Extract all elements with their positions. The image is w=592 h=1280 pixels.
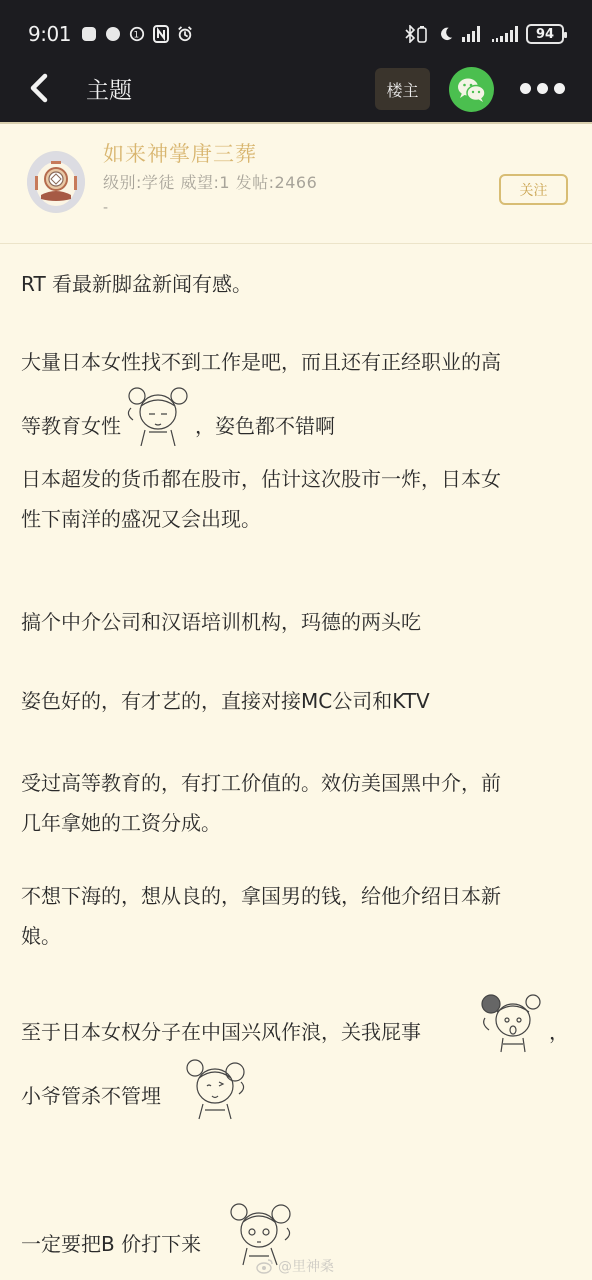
post-paragraph: 小爷管杀不管埋 <box>21 1056 577 1118</box>
status-time: 9:01 <box>28 22 71 46</box>
post-paragraph: 至于日本女权分子在中国兴风作浪，关我屁事 ， <box>21 992 577 1054</box>
weibo-icon <box>256 1258 274 1274</box>
status-icons-left: 1 <box>81 26 193 42</box>
anime-girl-sticker-icon <box>479 992 545 1054</box>
anime-girl-sticker-icon <box>123 384 193 446</box>
alarm-icon <box>177 26 193 42</box>
signal-icon-2 <box>492 26 518 42</box>
bluetooth-battery-icon <box>404 26 430 42</box>
post-paragraph: RT 看最新脚盆新闻有感。 <box>21 264 577 304</box>
page-title: 主题 <box>86 72 132 105</box>
original-poster-only-button[interactable]: 楼主 <box>375 68 430 110</box>
more-options-button[interactable] <box>520 78 565 98</box>
more-dots-icon <box>520 83 531 94</box>
svg-text:1: 1 <box>133 31 139 41</box>
author-card: 如来神掌唐三葬 级别:学徒 威望:1 发帖:2466 - 关注 <box>0 122 592 244</box>
moon-icon <box>438 26 454 42</box>
back-button[interactable] <box>24 72 54 104</box>
avatar[interactable] <box>27 151 85 213</box>
chevron-left-icon <box>29 73 49 103</box>
post-paragraph: 不想下海的，想从良的，拿国男的钱，给他介绍日本新 娘。 <box>21 876 577 956</box>
top-bar: 9:01 1 <box>0 0 592 122</box>
author-meta: 级别:学徒 威望:1 发帖:2466 <box>103 170 317 193</box>
anime-girl-sticker-icon <box>181 1056 249 1120</box>
signal-icon <box>462 26 480 42</box>
author-signature: - <box>103 200 108 216</box>
diving-helmet-avatar-icon <box>27 151 85 213</box>
post-paragraph: 受过高等教育的，有打工价值的。效仿美国黑中介，前 几年拿她的工资分成。 <box>21 763 577 843</box>
nfc-alt-icon: 1 <box>129 26 145 42</box>
status-bar: 9:01 1 <box>0 16 592 52</box>
app-notification-icon <box>81 26 97 42</box>
nfc-icon <box>153 26 169 42</box>
post-paragraph: 等教育女性 ，姿色都不错啊 <box>21 384 577 444</box>
wechat-share-button[interactable] <box>449 67 494 112</box>
battery-indicator: 94 <box>526 24 564 44</box>
follow-button[interactable]: 关注 <box>499 174 568 205</box>
watermark: @里神桑 <box>256 1256 334 1276</box>
nav-bar: 主题 楼主 <box>0 60 592 116</box>
post-paragraph: 大量日本女性找不到工作是吧，而且还有正经职业的高 <box>21 342 577 382</box>
post-paragraph: 姿色好的，有才艺的，直接对接MC公司和KTV <box>21 681 577 721</box>
wechat-icon <box>456 76 488 104</box>
status-icons-right: 94 <box>404 24 564 44</box>
post-paragraph: 搞个中介公司和汉语培训机构，玛德的两头吃 <box>21 602 577 642</box>
author-name[interactable]: 如来神掌唐三葬 <box>103 138 257 168</box>
post-paragraph: 日本超发的货币都在股市，估计这次股市一炸，日本女 性下南洋的盛况又会出现。 <box>21 459 577 539</box>
app-notification-icon-2 <box>105 26 121 42</box>
